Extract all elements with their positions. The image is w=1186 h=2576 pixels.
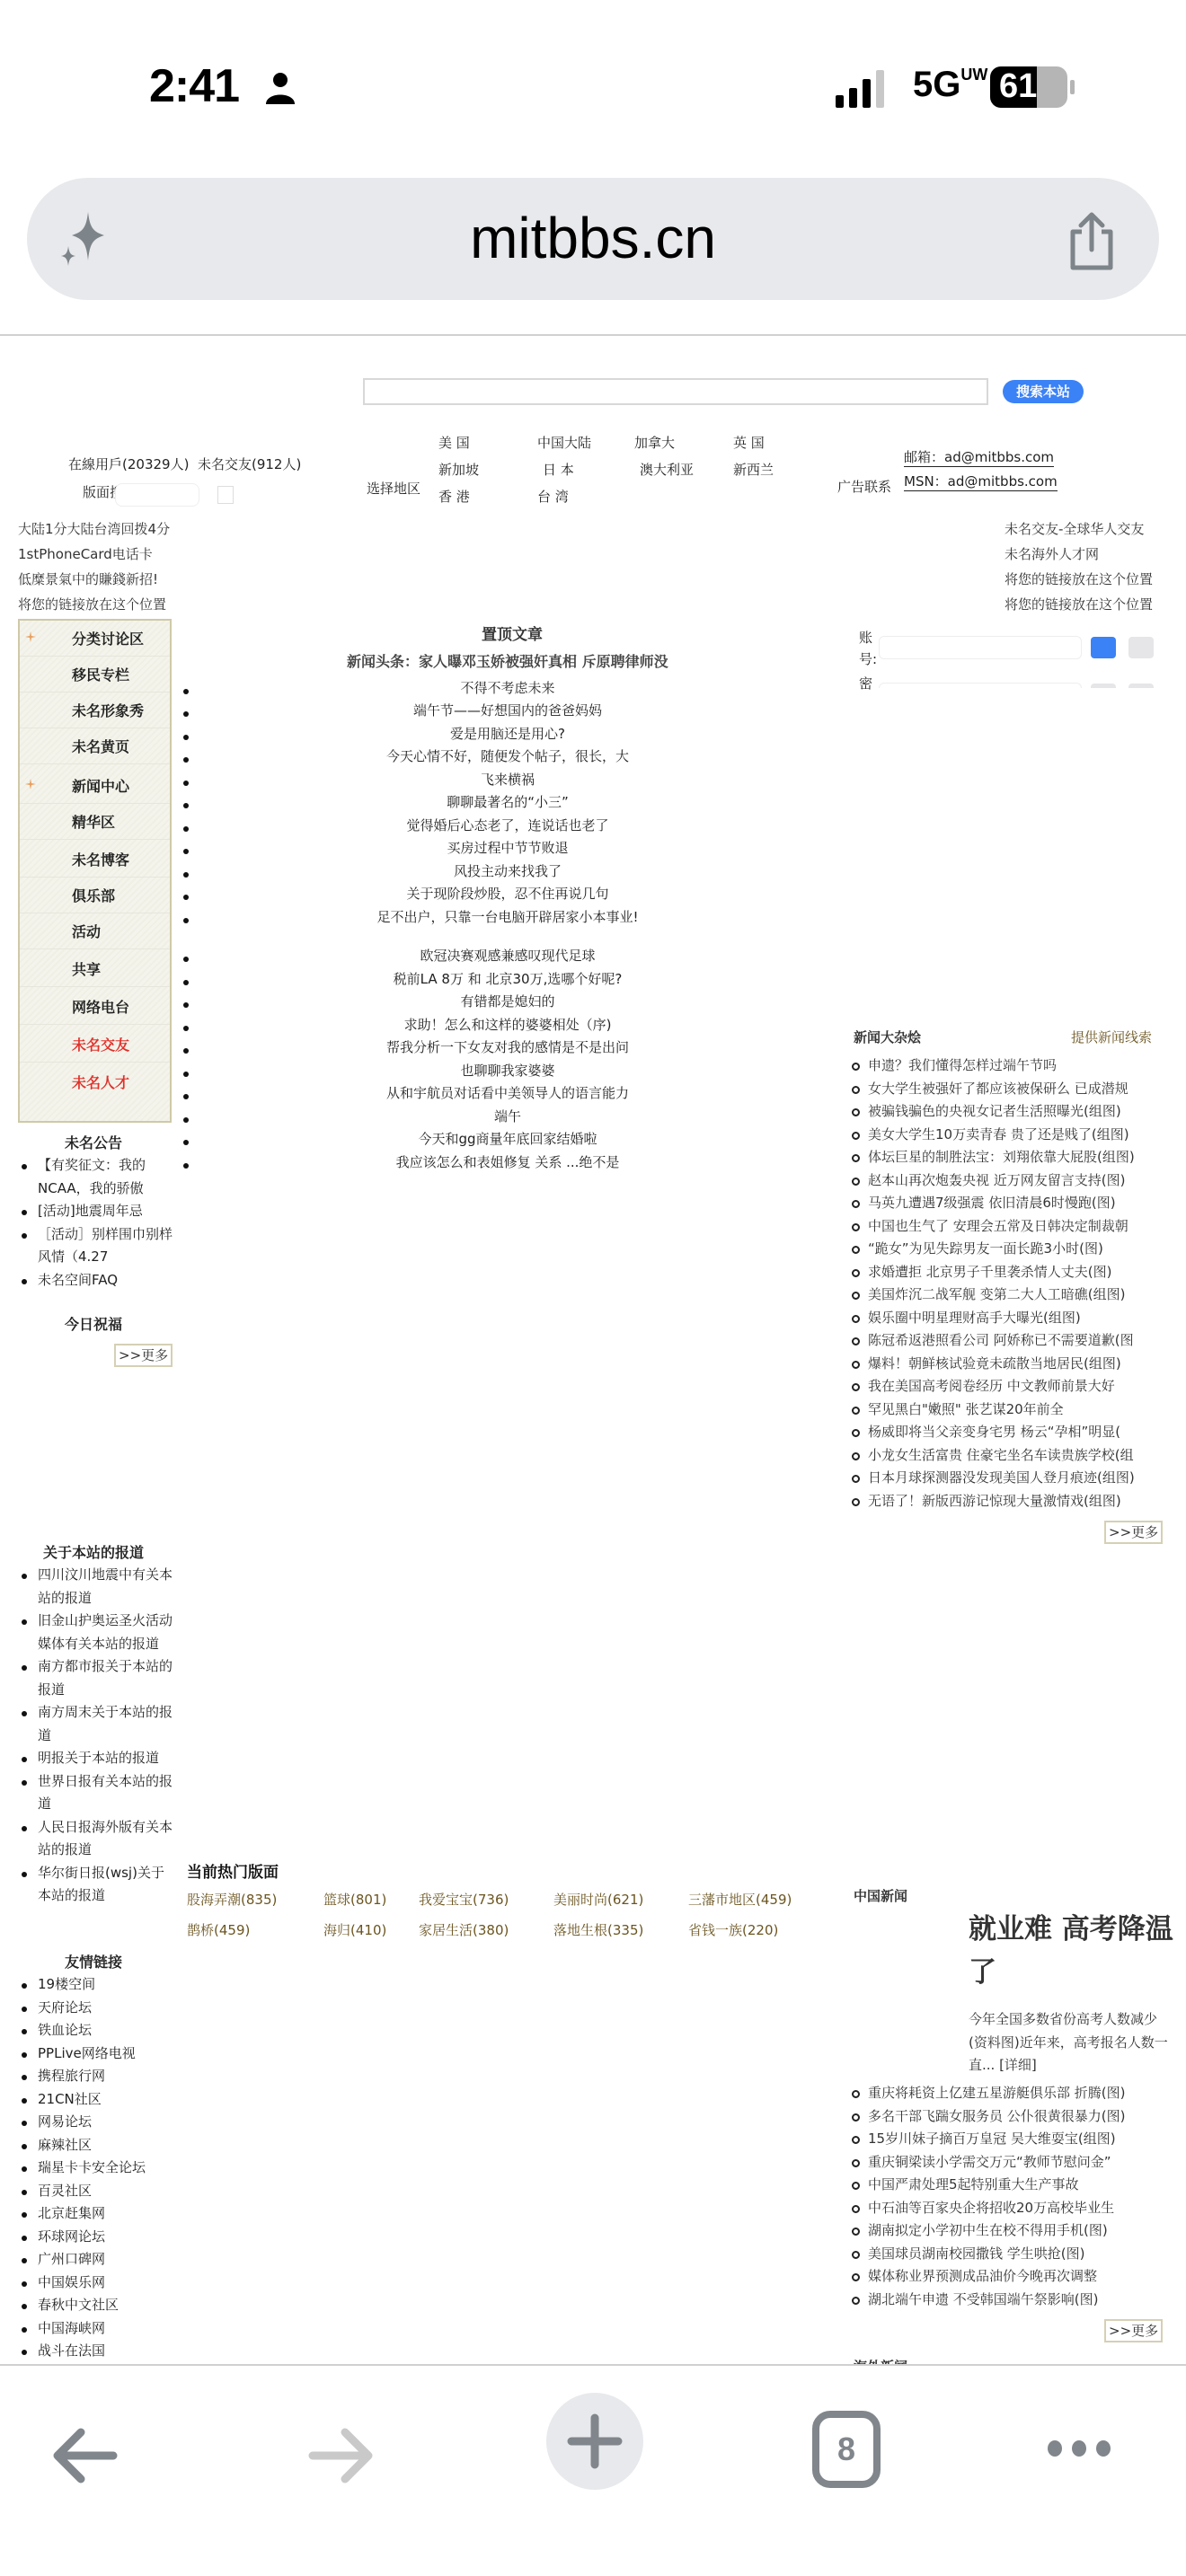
bullet bbox=[183, 826, 189, 832]
news-item[interactable]: 我在美国高考阅卷经历 中文教师前景大好 bbox=[850, 1375, 1155, 1398]
bullet bbox=[183, 803, 189, 808]
announcement-item[interactable]: [活动]地震周年忌 bbox=[18, 1200, 180, 1223]
news-item[interactable]: 15岁川妹子摘百万皇冠 吴大维耍宝(组图) bbox=[850, 2128, 1155, 2151]
region-hongkong[interactable]: 香 港 bbox=[438, 487, 470, 506]
board-search-go[interactable] bbox=[217, 486, 234, 504]
about-title: 关于本站的报道 bbox=[43, 1541, 144, 1562]
login-button[interactable] bbox=[1091, 637, 1116, 658]
menu-item-dating[interactable]: 未名交友 bbox=[20, 1027, 170, 1063]
news-item[interactable]: 罕见黑白"嫩照" 张艺谋20年前全 bbox=[850, 1398, 1155, 1422]
region-uk[interactable]: 英 国 bbox=[733, 433, 765, 452]
menu-item-image-show[interactable]: 未名形象秀 bbox=[20, 693, 170, 728]
pinned-item[interactable]: 端午 bbox=[305, 1107, 710, 1125]
announcements-title: 未名公告 bbox=[65, 1132, 122, 1152]
pinned-item[interactable]: 买房过程中节节败退 bbox=[305, 838, 710, 857]
pinned-item[interactable]: 今天心情不好，随便发个帖子，很长，大 bbox=[305, 746, 710, 765]
hot-board-link[interactable]: 三藩市地区(459) bbox=[688, 1890, 792, 1909]
bullet bbox=[183, 1026, 189, 1031]
hot-boards-title: 当前热门版面 bbox=[187, 1859, 279, 1882]
friend-link[interactable]: 百灵社区 bbox=[18, 2180, 180, 2203]
person-icon bbox=[262, 70, 298, 106]
pinned-item[interactable]: 不得不考虑未来 bbox=[305, 678, 710, 697]
news-mix-list: 申遗？我们懂得怎样过端午节吗 女大学生被强奸了都应该被保研么 已成潜规 被骗钱骗… bbox=[850, 1054, 1155, 1513]
share-icon[interactable] bbox=[1064, 210, 1120, 273]
back-arrow-icon[interactable] bbox=[50, 2420, 122, 2492]
bullet bbox=[183, 1072, 189, 1077]
news-item[interactable]: 湖南拟定小学初中生在校不得用手机(图) bbox=[850, 2219, 1155, 2243]
divider bbox=[0, 334, 1186, 336]
region-newzealand[interactable]: 新西兰 bbox=[733, 460, 774, 479]
ad-contact-label: 广告联系 bbox=[837, 477, 891, 496]
news-item[interactable]: 求婚遭拒 北京男子千里袭杀情人丈夫(图) bbox=[850, 1261, 1155, 1284]
friend-link[interactable]: 麻辣社区 bbox=[18, 2134, 180, 2157]
friend-link[interactable]: PPLive网络电视 bbox=[18, 2042, 180, 2066]
cellular-signal-icon bbox=[836, 68, 898, 108]
bullet bbox=[183, 757, 189, 763]
right-ad-link[interactable]: 未名海外人才网 bbox=[1005, 544, 1099, 563]
news-item[interactable]: 重庆铜梁读小学需交万元“教师节慰问金” bbox=[850, 2151, 1155, 2175]
hot-board-link[interactable]: 篮球(801) bbox=[323, 1890, 386, 1909]
news-item[interactable]: 被骗钱骗色的央视女记者生活照曝光(组图) bbox=[850, 1100, 1155, 1124]
address-bar[interactable]: mitbbs.cn bbox=[27, 178, 1159, 300]
friend-link[interactable]: 广州口碑网 bbox=[18, 2248, 180, 2272]
news-item[interactable]: 无语了！新版西游记惊现大量激情戏(组图) bbox=[850, 1490, 1155, 1513]
news-item[interactable]: 媒体称业界预测成品油价今晚再次调整 bbox=[850, 2265, 1155, 2289]
bullet bbox=[183, 895, 189, 900]
feature-summary[interactable]: 今年全国多数省份高考人数减少(资料图)近年来，高考报名人数一直... [详细] bbox=[969, 2008, 1175, 2078]
pinned-title: 置顶文章 bbox=[482, 622, 543, 644]
bullet bbox=[183, 1094, 189, 1099]
about-item[interactable]: 人民日报海外版有关本站的报道 bbox=[18, 1816, 173, 1862]
url-text[interactable]: mitbbs.cn bbox=[27, 205, 1159, 271]
blessings-title: 今日祝福 bbox=[65, 1313, 122, 1334]
hot-board-link[interactable]: 美丽时尚(621) bbox=[553, 1890, 643, 1909]
friend-link[interactable]: 网易论坛 bbox=[18, 2111, 180, 2134]
hot-board-link[interactable]: 鹊桥(459) bbox=[187, 1920, 250, 1939]
china-news-title: 中国新闻 bbox=[854, 1886, 907, 1905]
hot-board-link[interactable]: 我爱宝宝(736) bbox=[419, 1890, 509, 1909]
about-item[interactable]: 南方都市报关于本站的报道 bbox=[18, 1655, 173, 1701]
region-label: 选择地区 bbox=[367, 479, 420, 498]
account-input[interactable] bbox=[879, 636, 1082, 659]
register-button[interactable] bbox=[1128, 637, 1154, 658]
about-item[interactable]: 明报关于本站的报道 bbox=[18, 1747, 173, 1770]
news-item[interactable]: 娱乐圈中明星理财高手大曝光(组图) bbox=[850, 1307, 1155, 1330]
main-menu: 分类讨论区 移民专栏 未名形象秀 未名黄页 新闻中心 精华区 未名博客 俱乐部 … bbox=[18, 619, 172, 1123]
news-item[interactable]: 日本月球探测器没发现美国人登月痕迹(组图) bbox=[850, 1467, 1155, 1490]
news-item[interactable]: 小龙女生活富贵 住豪宅坐名车读贵族学校(组 bbox=[850, 1444, 1155, 1468]
star-icon bbox=[25, 631, 36, 642]
bullet bbox=[183, 957, 189, 962]
hot-board-link[interactable]: 股海弄潮(835) bbox=[187, 1890, 277, 1909]
pinned-item[interactable]: 从和宇航员对话看中美领导人的语言能力 bbox=[305, 1083, 710, 1102]
browser-toolbar: 8 bbox=[0, 2366, 1186, 2576]
status-time: 2:41 bbox=[149, 59, 239, 113]
menu-item-forums[interactable]: 分类讨论区 bbox=[20, 621, 170, 657]
about-item[interactable]: 世界日报有关本站的报道 bbox=[18, 1770, 173, 1816]
news-item[interactable]: 申遗？我们懂得怎样过端午节吗 bbox=[850, 1054, 1155, 1078]
bullet bbox=[183, 689, 189, 694]
announcement-item[interactable]: 【有奖征文：我的NCAA，我的骄傲 bbox=[18, 1154, 180, 1200]
region-japan[interactable]: 日 本 bbox=[543, 460, 574, 479]
friend-links-title: 友情链接 bbox=[65, 1951, 122, 1972]
tab-count: 8 bbox=[837, 2430, 855, 2467]
login-option-button[interactable] bbox=[1091, 684, 1116, 688]
password-input[interactable] bbox=[879, 683, 1082, 688]
news-tip-link[interactable]: 提供新闻线索 bbox=[1071, 1028, 1152, 1046]
bullet bbox=[183, 980, 189, 985]
news-item[interactable]: 美国球员湖南校园撒钱 学生哄抢(图) bbox=[850, 2243, 1155, 2266]
ad-msn-link[interactable]: MSN：ad@mitbbs.com bbox=[904, 472, 1058, 491]
pinned-item[interactable]: 有错都是媳妇的 bbox=[305, 992, 710, 1010]
left-ad-link[interactable]: 将您的链接放在这个位置 bbox=[18, 595, 166, 613]
friend-link[interactable]: 19楼空间 bbox=[18, 1973, 180, 1997]
about-item[interactable]: 旧金山护奥运圣火活动媒体有关本站的报道 bbox=[18, 1610, 173, 1655]
feature-headline[interactable]: 就业难 高考降温了 bbox=[969, 1908, 1175, 1994]
menu-item-talent[interactable]: 未名人才 bbox=[20, 1064, 170, 1100]
friend-link[interactable]: 瑞星卡卡安全论坛 bbox=[18, 2157, 180, 2180]
news-mix-more-button[interactable]: >>更多 bbox=[1104, 1521, 1163, 1544]
friend-link[interactable]: 战斗在法国 bbox=[18, 2340, 180, 2363]
news-item[interactable]: 重庆将耗资上亿建五星游艇俱乐部 折腾(图) bbox=[850, 2082, 1155, 2105]
news-item[interactable]: 中国也生气了 安理会五常及日韩决定制裁朝 bbox=[850, 1215, 1155, 1239]
battery-icon: 61 bbox=[990, 65, 1076, 110]
friend-link[interactable]: 中国娱乐网 bbox=[18, 2272, 180, 2295]
menu-item-blog[interactable]: 未名博客 bbox=[20, 842, 170, 878]
bullet bbox=[183, 735, 189, 740]
forward-arrow-icon[interactable] bbox=[304, 2420, 376, 2492]
friend-link[interactable]: 春秋中文社区 bbox=[18, 2294, 180, 2317]
news-item[interactable]: 赵本山再次炮轰央视 近万网友留言支持(图) bbox=[850, 1169, 1155, 1193]
new-tab-button[interactable] bbox=[546, 2393, 643, 2490]
announcement-item[interactable]: 未名空间FAQ bbox=[18, 1269, 180, 1292]
hot-board-link[interactable]: 省钱一族(220) bbox=[688, 1920, 778, 1939]
announcements-list: 【有奖征文：我的NCAA，我的骄傲 [活动]地震周年忌 ［活动］别样围巾别样风情… bbox=[18, 1154, 180, 1292]
news-item[interactable]: 女大学生被强奸了都应该被保研么 已成潜规 bbox=[850, 1078, 1155, 1101]
pinned-item[interactable]: 飞来横祸 bbox=[305, 770, 710, 789]
friend-link[interactable]: 中国海峡网 bbox=[18, 2317, 180, 2341]
bullet bbox=[183, 849, 189, 854]
bullet bbox=[183, 1002, 189, 1008]
friend-link[interactable]: 铁血论坛 bbox=[18, 2019, 180, 2042]
pinned-item[interactable]: 聊聊最著名的“小三” bbox=[305, 792, 710, 811]
region-taiwan[interactable]: 台 湾 bbox=[537, 487, 569, 506]
bullet bbox=[183, 711, 189, 717]
news-item[interactable]: 中国严肃处理5起特别重大生产事故 bbox=[850, 2174, 1155, 2197]
friend-link[interactable]: 北京赶集网 bbox=[18, 2202, 180, 2226]
news-item[interactable]: 马英九遭遇7级强震 依旧清晨6时慢跑(图) bbox=[850, 1192, 1155, 1215]
news-item[interactable]: 陈冠希返港照看公司 阿娇称已不需要道歉(图 bbox=[850, 1329, 1155, 1353]
menu-item-radio[interactable]: 网络电台 bbox=[20, 989, 170, 1025]
bullet bbox=[183, 1163, 189, 1169]
right-ad-link[interactable]: 将您的链接放在这个位置 bbox=[1005, 595, 1153, 613]
overseas-news-title: 海外新闻 bbox=[854, 2357, 907, 2364]
about-list: 四川汶川地震中有关本站的报道 旧金山护奥运圣火活动媒体有关本站的报道 南方都市报… bbox=[18, 1564, 173, 1908]
about-item[interactable]: 华尔街日报(wsj)关于本站的报道 bbox=[18, 1862, 173, 1908]
pinned-item[interactable]: 我应该怎么和表姐修复 关系 ...绝不是 bbox=[305, 1152, 710, 1171]
plus-icon bbox=[546, 2393, 643, 2490]
left-ad-link[interactable]: 大陆1分大陆台湾回拨4分 bbox=[18, 519, 170, 538]
right-ad-link[interactable]: 将您的链接放在这个位置 bbox=[1005, 569, 1153, 588]
region-australia[interactable]: 澳大利亚 bbox=[640, 460, 694, 479]
china-news-more-button[interactable]: >>更多 bbox=[1104, 2319, 1163, 2342]
left-ad-link[interactable]: 低糜景氣中的賺錢新招! bbox=[18, 569, 158, 588]
bullet bbox=[183, 781, 189, 786]
news-item[interactable]: 湖北端午申遗 不受韩国端午祭影响(图) bbox=[850, 2289, 1155, 2312]
menu-item-immigration[interactable]: 移民专栏 bbox=[20, 657, 170, 693]
left-ad-link[interactable]: 1stPhoneCard电话卡 bbox=[18, 544, 153, 563]
pinned-item[interactable]: 觉得婚后心态老了，连说话也老了 bbox=[305, 816, 710, 834]
ad-email-link[interactable]: 邮箱：ad@mitbbs.com bbox=[904, 447, 1054, 467]
hot-board-link[interactable]: 海归(410) bbox=[323, 1920, 386, 1939]
bullet bbox=[183, 918, 189, 923]
pinned-item[interactable]: 足不出户，只靠一台电脑开辟居家小本事业! bbox=[305, 907, 710, 926]
news-item[interactable]: 爆料！朝鲜核试验竟未疏散当地居民(组图) bbox=[850, 1353, 1155, 1376]
menu-item-club[interactable]: 俱乐部 bbox=[20, 878, 170, 913]
pinned-item[interactable]: 税前LA 8万 和 北京30万,选哪个好呢? bbox=[305, 969, 710, 988]
pinned-item[interactable]: 欧冠决赛观感兼感叹现代足球 bbox=[305, 946, 710, 965]
news-item[interactable]: “跪女”为见失踪男友一面长跪3小时(图) bbox=[850, 1238, 1155, 1261]
network-type: 5GUW bbox=[913, 65, 987, 105]
pinned-item[interactable]: 也聊聊我家婆婆 bbox=[305, 1061, 710, 1080]
news-item[interactable]: 体坛巨星的制胜法宝：刘翔依靠大屁股(组图) bbox=[850, 1146, 1155, 1169]
friend-links-list: 19楼空间 天府论坛 铁血论坛 PPLive网络电视 携程旅行网 21CN社区 … bbox=[18, 1973, 180, 2363]
tabs-button[interactable]: 8 bbox=[812, 2411, 881, 2488]
pinned-item[interactable]: 爱是用脑还是用心? bbox=[305, 724, 710, 743]
region-canada[interactable]: 加拿大 bbox=[634, 433, 675, 452]
bullet bbox=[183, 1140, 189, 1145]
pinned-item[interactable]: 今天和gg商量年底回家结婚啦 bbox=[305, 1129, 710, 1148]
pinned-item[interactable]: 风投主动来找我了 bbox=[305, 861, 710, 880]
news-headline[interactable]: 新闻头条：家人曝邓玉娇被强奸真相 斥原聘律师没 bbox=[347, 650, 668, 671]
menu-item-digest[interactable]: 精华区 bbox=[20, 804, 170, 840]
pinned-item[interactable]: 求助！怎么和这样的婆婆相处（序) bbox=[305, 1015, 710, 1034]
menu-item-events[interactable]: 活动 bbox=[20, 913, 170, 949]
online-users: 在線用戶(20329人) bbox=[68, 456, 189, 472]
news-item[interactable]: 多名干部飞踹女服务员 公仆很黄很暴力(图) bbox=[850, 2105, 1155, 2129]
pinned-item[interactable]: 关于现阶段炒股，忍不住再说几句 bbox=[305, 884, 710, 903]
online-stats: 在線用戶(20329人) 未名交友(912人) bbox=[68, 454, 301, 473]
bullet bbox=[183, 1048, 189, 1054]
star-icon bbox=[25, 779, 36, 790]
region-usa[interactable]: 美 国 bbox=[438, 433, 470, 452]
bullet bbox=[183, 872, 189, 878]
friend-link[interactable]: 携程旅行网 bbox=[18, 2065, 180, 2088]
news-mix-title: 新闻大杂烩 bbox=[854, 1028, 921, 1046]
blessings-more-button[interactable]: >>更多 bbox=[114, 1344, 173, 1367]
login-option-button[interactable] bbox=[1128, 684, 1154, 688]
region-china[interactable]: 中国大陆 bbox=[537, 433, 591, 452]
news-item[interactable]: 美女大学生10万卖青春 贵了还是贱了(组图) bbox=[850, 1124, 1155, 1147]
hot-board-link[interactable]: 家居生活(380) bbox=[419, 1920, 509, 1939]
pinned-item[interactable]: 端午节——好想国内的爸爸妈妈 bbox=[305, 701, 710, 719]
friend-link[interactable]: 21CN社区 bbox=[18, 2088, 180, 2112]
pinned-item[interactable]: 帮我分析一下女友对我的感情是不是出问 bbox=[305, 1037, 710, 1056]
news-item[interactable]: 中石油等百家央企将招收20万高校毕业生 bbox=[850, 2197, 1155, 2220]
dating-users[interactable]: 未名交友(912人) bbox=[198, 456, 301, 472]
friend-link[interactable]: 天府论坛 bbox=[18, 1997, 180, 2020]
more-options-icon[interactable] bbox=[1046, 2432, 1112, 2465]
china-news-list: 重庆将耗资上亿建五星游艇俱乐部 折腾(图) 多名干部飞踹女服务员 公仆很黄很暴力… bbox=[850, 2082, 1155, 2311]
hot-board-link[interactable]: 落地生根(335) bbox=[553, 1920, 643, 1939]
right-ad-link[interactable]: 未名交友-全球华人交友 bbox=[1005, 519, 1144, 538]
news-item[interactable]: 杨威即将当父亲变身宅男 杨云“孕相”明显( bbox=[850, 1421, 1155, 1444]
board-search-input[interactable] bbox=[115, 483, 199, 507]
announcement-item[interactable]: ［活动］别样围巾别样风情（4.27 bbox=[18, 1223, 180, 1269]
password-label: 密 bbox=[859, 674, 872, 693]
about-item[interactable]: 四川汶川地震中有关本站的报道 bbox=[18, 1564, 173, 1610]
friend-link[interactable]: 环球网论坛 bbox=[18, 2226, 180, 2249]
bullet bbox=[183, 1117, 189, 1123]
region-singapore[interactable]: 新加坡 bbox=[438, 460, 479, 479]
menu-item-yellow-pages[interactable]: 未名黄页 bbox=[20, 728, 170, 764]
about-item[interactable]: 南方周末关于本站的报道 bbox=[18, 1701, 173, 1747]
battery-level: 61 bbox=[999, 67, 1037, 106]
account-label: 账号: bbox=[859, 627, 873, 670]
menu-item-news-center[interactable]: 新闻中心 bbox=[20, 768, 170, 804]
site-search-button[interactable]: 搜索本站 bbox=[1003, 380, 1084, 403]
site-search-input[interactable] bbox=[363, 378, 988, 405]
news-item[interactable]: 美国炸沉二战军舰 变第二大人工暗礁(组图) bbox=[850, 1284, 1155, 1307]
menu-item-share[interactable]: 共享 bbox=[20, 951, 170, 987]
